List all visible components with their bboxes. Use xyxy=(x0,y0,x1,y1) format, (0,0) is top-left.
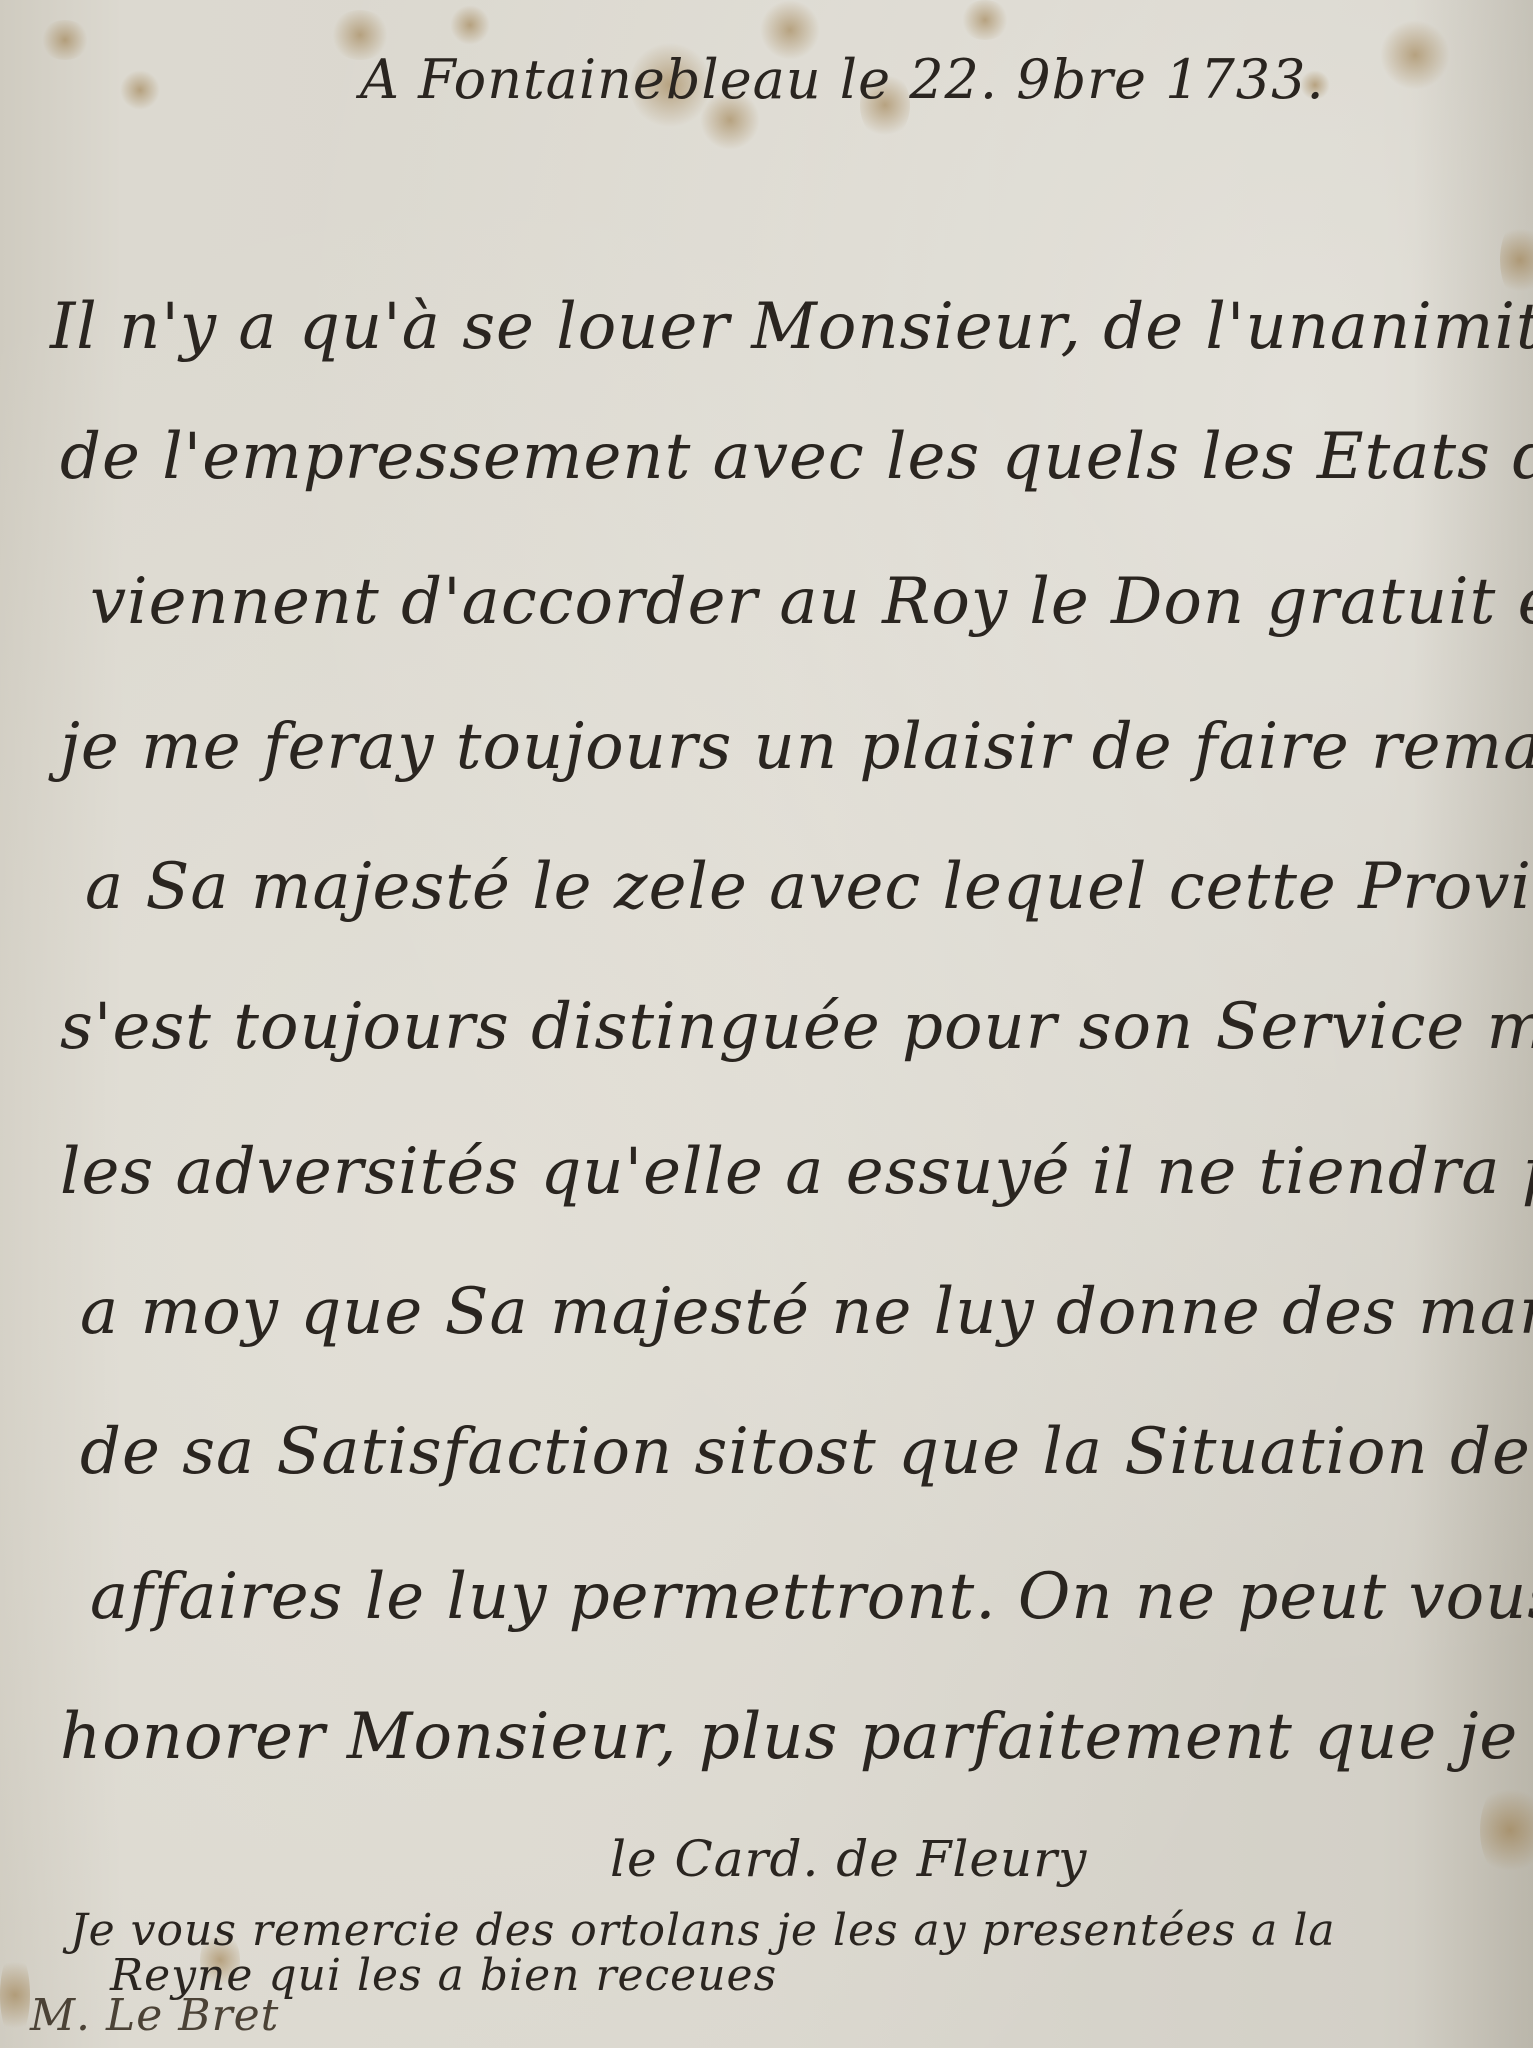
foxing-stain xyxy=(120,70,160,110)
letter-line: a Sa majesté le zele avec lequel cette P… xyxy=(85,850,1533,924)
letter-line: je me feray toujours un plaisir de faire… xyxy=(60,710,1533,784)
letter-line: de sa Satisfaction sitost que la Situati… xyxy=(80,1415,1533,1489)
foxing-stain xyxy=(960,0,1010,40)
foxing-stain xyxy=(450,5,490,45)
addressee: M. Le Bret xyxy=(30,1990,279,2041)
letter-line: Il n'y a qu'à se louer Monsieur, de l'un… xyxy=(50,290,1533,364)
letter-line: s'est toujours distinguée pour son Servi… xyxy=(60,990,1533,1064)
foxing-stain xyxy=(1500,220,1533,300)
postscript-line: Je vous remercie des ortolans je les ay … xyxy=(70,1905,1336,1956)
foxing-stain xyxy=(1480,1780,1533,1880)
letter-line: affaires le luy permettront. On ne peut … xyxy=(90,1560,1533,1634)
letter-line: viennent d'accorder au Roy le Don gratui… xyxy=(90,565,1533,639)
foxing-stain xyxy=(40,20,90,60)
letter-line: de l'empressement avec les quels les Eta… xyxy=(60,420,1533,494)
letter-line: les adversités qu'elle a essuyé il ne ti… xyxy=(60,1135,1533,1209)
signature: le Card. de Fleury xyxy=(610,1830,1087,1888)
foxing-stain xyxy=(1380,20,1450,90)
letter-line: a moy que Sa majesté ne luy donne des ma… xyxy=(80,1275,1533,1349)
foxing-stain xyxy=(0,1950,30,2040)
dateline: A Fontainebleau le 22. 9bre 1733. xyxy=(360,48,1325,111)
letter-line: honorer Monsieur, plus parfaitement que … xyxy=(60,1700,1533,1774)
